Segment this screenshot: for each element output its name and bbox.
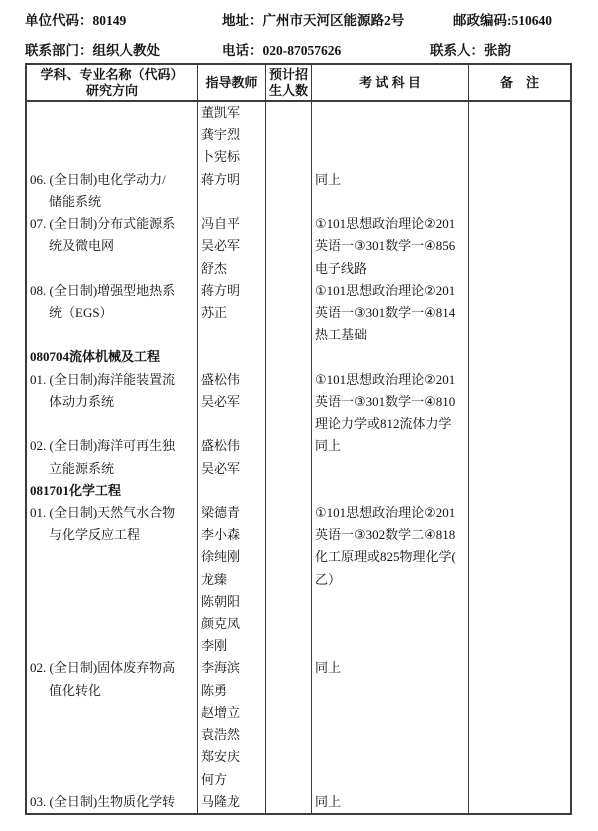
header-discipline-line1: 学科、专业名称（代码）: [27, 67, 197, 83]
contact-dept-text: 联系部门：组织人教处: [25, 39, 160, 59]
advisor-line: 蒋方明: [198, 280, 265, 302]
advisor-line: 梁德青: [198, 502, 265, 524]
header-enrollment: 预计招 生人数: [266, 65, 312, 100]
exam-subjects-line: [312, 146, 468, 168]
advisor-line: 陈朝阳: [198, 591, 265, 613]
table-body: 06. (全日制)电化学动力/储能系统07. (全日制)分布式能源系统及微电网0…: [27, 102, 570, 813]
discipline-line: [27, 724, 197, 746]
advisor-line: 袁浩然: [198, 724, 265, 746]
discipline-line: [27, 635, 197, 657]
header-discipline-line2: 研究方向: [27, 83, 197, 99]
exam-subjects-line: ①101思想政治理论②201: [312, 213, 468, 235]
discipline-line: 01. (全日制)海洋能装置流: [27, 369, 197, 391]
exam-subjects-line: [312, 746, 468, 768]
advisor-line: [198, 413, 265, 435]
exam-subjects-line: [312, 769, 468, 791]
discipline-line: [27, 146, 197, 168]
discipline-line: 06. (全日制)电化学动力/: [27, 169, 197, 191]
exam-subjects-line: 英语一③301数学一④856: [312, 235, 468, 257]
advisor-line: 颜克凤: [198, 613, 265, 635]
advisor-line: 李海滨: [198, 657, 265, 679]
discipline-line: 体动力系统: [27, 391, 197, 413]
header-exam-subjects-label: 考 试 科 目: [312, 75, 468, 91]
advisor-line: 盛松伟: [198, 435, 265, 457]
advisor-line: [198, 480, 265, 502]
discipline-line: 07. (全日制)分布式能源系: [27, 213, 197, 235]
discipline-line: 08. (全日制)增强型地热系: [27, 280, 197, 302]
header-enrollment-line2: 生人数: [266, 83, 311, 99]
advisor-line: 郑安庆: [198, 746, 265, 768]
discipline-line: 02. (全日制)固体废弃物高: [27, 657, 197, 679]
header-remarks-label: 备 注: [469, 75, 570, 91]
advisor-line: [198, 346, 265, 368]
discipline-line: [27, 413, 197, 435]
exam-subjects-line: 乙）: [312, 569, 468, 591]
doc-header-row-1: 单位代码：80149 地址：广州市天河区能源路2号 邮政编码:510640: [0, 9, 598, 27]
discipline-column: 06. (全日制)电化学动力/储能系统07. (全日制)分布式能源系统及微电网0…: [27, 102, 198, 813]
header-advisor: 指导教师: [198, 65, 266, 100]
discipline-line: 03. (全日制)生物质化学转: [27, 791, 197, 813]
discipline-line: [27, 613, 197, 635]
advisor-line: 何方: [198, 769, 265, 791]
discipline-line: [27, 258, 197, 280]
exam-subjects-line: 英语一③302数学二④818: [312, 524, 468, 546]
discipline-line: 统（EGS）: [27, 302, 197, 324]
advisor-line: 吴必军: [198, 458, 265, 480]
exam-subjects-line: [312, 102, 468, 124]
advisor-line: 蒋方明: [198, 169, 265, 191]
exam-subjects-line: 热工基础: [312, 324, 468, 346]
exam-subjects-line: [312, 124, 468, 146]
table-header-row: 学科、专业名称（代码） 研究方向 指导教师 预计招 生人数 考 试 科 目 备 …: [27, 65, 570, 102]
advisor-line: 盛松伟: [198, 369, 265, 391]
exam-subjects-line: ①101思想政治理论②201: [312, 502, 468, 524]
contact-person-text: 联系人：张韵: [430, 39, 511, 59]
advisor-line: 董凯军: [198, 102, 265, 124]
admissions-table: 学科、专业名称（代码） 研究方向 指导教师 预计招 生人数 考 试 科 目 备 …: [25, 63, 572, 815]
advisor-line: [198, 191, 265, 213]
discipline-line: 与化学反应工程: [27, 524, 197, 546]
discipline-line: 储能系统: [27, 191, 197, 213]
exam-subjects-line: [312, 680, 468, 702]
exam-subjects-line: [312, 702, 468, 724]
discipline-line: [27, 124, 197, 146]
phone-text: 电话：020-87057626: [222, 39, 341, 59]
exam-subjects-line: 化工原理或825物理化学(: [312, 546, 468, 568]
advisor-line: 李刚: [198, 635, 265, 657]
discipline-line: [27, 102, 197, 124]
advisor-line: 卜宪标: [198, 146, 265, 168]
header-enrollment-line1: 预计招: [266, 67, 311, 83]
header-exam-subjects: 考 试 科 目: [312, 65, 469, 100]
enrollment-column: [266, 102, 312, 813]
exam-subjects-line: ①101思想政治理论②201: [312, 369, 468, 391]
discipline-line: [27, 569, 197, 591]
advisor-line: 龙臻: [198, 569, 265, 591]
exam-subjects-column: 同上①101思想政治理论②201英语一③301数学一④856电子线路①101思想…: [312, 102, 469, 813]
remarks-column: [469, 102, 570, 813]
discipline-line: 统及微电网: [27, 235, 197, 257]
advisor-column: 董凯军龚宇烈卜宪标蒋方明冯自平吴必军舒杰蒋方明苏正盛松伟吴必军盛松伟吴必军梁德青…: [198, 102, 266, 813]
unit-code-text: 单位代码：80149: [25, 9, 126, 29]
exam-subjects-line: [312, 591, 468, 613]
discipline-line: 值化转化: [27, 680, 197, 702]
advisor-line: 苏正: [198, 302, 265, 324]
advisor-line: 龚宇烈: [198, 124, 265, 146]
discipline-line: 081701化学工程: [27, 480, 197, 502]
header-remarks: 备 注: [469, 65, 570, 100]
exam-subjects-line: [312, 635, 468, 657]
exam-subjects-line: 同上: [312, 435, 468, 457]
header-discipline: 学科、专业名称（代码） 研究方向: [27, 65, 198, 100]
exam-subjects-line: 电子线路: [312, 258, 468, 280]
exam-subjects-line: 英语一③301数学一④814: [312, 302, 468, 324]
exam-subjects-line: ①101思想政治理论②201: [312, 280, 468, 302]
advisor-line: 吴必军: [198, 235, 265, 257]
exam-subjects-line: [312, 480, 468, 502]
discipline-line: [27, 546, 197, 568]
discipline-line: 080704流体机械及工程: [27, 346, 197, 368]
advisor-line: 吴必军: [198, 391, 265, 413]
address-text: 地址：广州市天河区能源路2号: [222, 9, 404, 29]
postal-code-text: 邮政编码:510640: [453, 9, 552, 29]
exam-subjects-line: [312, 346, 468, 368]
advisor-line: [198, 324, 265, 346]
advisor-line: 马隆龙: [198, 791, 265, 813]
discipline-line: 02. (全日制)海洋可再生独: [27, 435, 197, 457]
discipline-line: [27, 591, 197, 613]
advisor-line: 赵增立: [198, 702, 265, 724]
exam-subjects-line: [312, 458, 468, 480]
discipline-line: [27, 702, 197, 724]
exam-subjects-line: 英语一③301数学一④810: [312, 391, 468, 413]
exam-subjects-line: [312, 613, 468, 635]
discipline-line: 01. (全日制)天然气水合物: [27, 502, 197, 524]
exam-subjects-line: 同上: [312, 791, 468, 813]
advisor-line: 舒杰: [198, 258, 265, 280]
discipline-line: 立能源系统: [27, 458, 197, 480]
exam-subjects-line: [312, 724, 468, 746]
discipline-line: [27, 769, 197, 791]
header-advisor-label: 指导教师: [198, 75, 265, 91]
discipline-line: [27, 324, 197, 346]
exam-subjects-line: [312, 191, 468, 213]
exam-subjects-line: 理论力学或812流体力学: [312, 413, 468, 435]
exam-subjects-line: 同上: [312, 169, 468, 191]
doc-header-row-2: 联系部门：组织人教处 电话：020-87057626 联系人：张韵: [0, 39, 598, 57]
advisor-line: 徐纯刚: [198, 546, 265, 568]
advisor-line: 陈勇: [198, 680, 265, 702]
advisor-line: 李小森: [198, 524, 265, 546]
discipline-line: [27, 746, 197, 768]
advisor-line: 冯自平: [198, 213, 265, 235]
exam-subjects-line: 同上: [312, 657, 468, 679]
